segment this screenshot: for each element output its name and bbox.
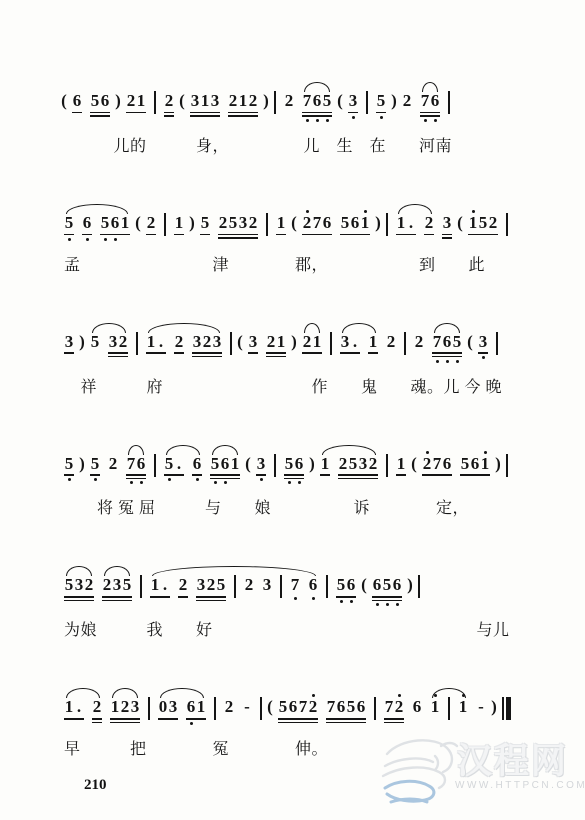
barline [260,697,262,720]
parenthesis: ( [291,206,297,232]
notation-line-6: 1.212303612-(5672765672611-) [64,690,585,727]
duration-underline [90,115,110,117]
note: 2 [402,84,412,110]
barline [274,91,276,114]
slur-group: 1.2323 [146,325,222,358]
duration-underline [64,600,94,602]
slur-group: 765 [432,325,462,365]
duration-underline [228,115,258,117]
duration-underline [82,234,92,236]
duration-underline [368,352,378,354]
slur-arc [160,688,204,698]
note: 56 [336,568,356,605]
note: 152 [468,206,498,235]
octave-dot-below [68,478,71,481]
barline [330,332,332,355]
octave-dot-below [224,481,227,484]
duration-underline [102,596,132,598]
slur-group: 561 [210,447,240,487]
duration-underline [302,352,322,354]
octave-dot-below [312,597,315,600]
final-barline [502,697,511,720]
duration-underline [338,474,378,476]
parenthesis: ( [457,206,463,232]
duration-underline [64,234,74,236]
duration-underline [150,596,170,598]
note: 1 [174,206,184,235]
duration-underline [384,722,404,724]
duration-underline [372,596,402,598]
duration-underline [468,234,498,236]
note: 313 [190,84,220,117]
duration-underline [190,112,220,114]
note: 2 [146,206,156,235]
duration-underline [248,352,258,354]
slur-group: 0361 [158,690,206,727]
duration-underline [384,718,404,720]
note: 276 [302,206,332,235]
duration-underline [64,718,84,720]
duration-underline [326,722,366,724]
duration-underline [64,352,74,354]
slur-arc [104,566,130,576]
wave-swirl-logo-icon [377,732,463,810]
duration-underline [276,234,286,236]
parenthesis: ) [263,84,269,110]
notation-line-4: 5)52765.6561(356)125321(276561) [64,447,585,487]
duration-underline [72,112,82,114]
parenthesis: ) [115,84,121,110]
octave-dot-below [114,238,117,241]
octave-dot-below [86,238,89,241]
lyrics-line-3: 祥 府 作 鬼 魂。儿 今 晚 [64,374,585,397]
duration-underline [100,234,130,236]
note: 5 [90,447,100,484]
slur-arc [66,566,92,576]
barline [136,332,138,355]
note: 7656 [326,690,366,723]
slur-group: 1.23252376 [150,568,318,601]
duration-underline [228,112,258,114]
duration-underline [460,474,490,476]
notation-line-1: (656)212(313212)2765(35)276 [64,84,585,124]
lyrics-line-1: 儿的 身， 儿 生 在 河南 [64,133,585,156]
parenthesis: ( [245,447,251,473]
duration-underline [302,112,332,114]
octave-dot-below [298,481,301,484]
note: 2 [386,325,396,351]
duration-underline [218,237,258,239]
slur-arc [66,688,100,698]
note: 276 [422,447,452,476]
duration-underline [174,234,184,236]
duration-underline [420,112,440,114]
slur-arc [432,688,466,698]
octave-dot-below [130,481,133,484]
parenthesis: ) [491,690,497,716]
slur-group: 765 [302,84,332,124]
note: 3 [348,84,358,121]
lyrics-line-2: 孟 津 郡， 到 此 [64,252,585,275]
octave-dot-below [260,478,263,481]
octave-dot-below [350,600,353,603]
duration-underline [90,112,110,114]
note: 5672 [278,690,318,723]
note: 21 [126,84,146,113]
note: 2532 [218,206,258,239]
octave-dot-below [380,116,383,119]
duration-underline [478,352,488,354]
duration-underline [278,718,318,720]
note: 656 [372,568,402,608]
octave-dot-below [316,119,319,122]
barline [506,454,508,477]
slur-group: 3.1 [340,325,378,354]
barline [280,575,282,598]
slur-group: 56561 [64,206,130,243]
slur-arc [152,566,316,576]
duration-underline [178,596,188,598]
slur-group: 1.2 [64,690,102,723]
duration-underline [432,356,462,358]
slur-arc [112,688,138,698]
parenthesis: ) [291,325,297,351]
duration-underline [420,115,440,117]
parenthesis: ( [179,84,185,110]
slur-group: 235 [102,568,132,601]
duration-underline [196,596,226,598]
duration-underline [302,115,332,117]
duration-underline [256,474,266,476]
duration-underline [210,478,240,480]
note: 6 [72,84,82,113]
duration-underline [126,478,146,480]
duration-underline [210,474,240,476]
octave-dot-below [94,478,97,481]
duration-underline [146,234,156,236]
parenthesis: ) [79,447,85,473]
duration-underline [284,478,304,480]
barline [274,454,276,477]
octave-dot-below [214,481,217,484]
slur-group: 5.6 [164,447,202,484]
notation-line-3: 3)5321.2323(321)213.122765(3 [64,325,585,365]
slur-group: 12532 [320,447,378,480]
barline [214,697,216,720]
duration-underline [348,112,358,114]
note: 56 [284,447,304,487]
duration-underline [110,722,140,724]
page-number: 210 [84,777,107,794]
duration-underline [108,352,128,354]
barline [266,213,268,236]
duration-underline [64,474,74,476]
duration-underline [442,237,452,239]
note: 3 [256,447,266,484]
note: 72 [384,690,404,723]
octave-dot-below [352,116,355,119]
barline [326,575,328,598]
duration-underline [396,234,416,236]
lyrics-line-5: 为娘 我 好 与儿 [64,617,585,640]
note: 21 [266,325,286,358]
duration-underline [196,600,226,602]
barline [506,213,508,236]
parenthesis: ( [337,84,343,110]
slur-group: 532 [90,325,128,358]
duration-underline [110,718,140,720]
octave-dot-below [376,603,379,606]
note: 5 [376,84,386,121]
slur-group: 76 [126,447,146,487]
duration-underline [340,352,360,354]
note: - [242,690,252,716]
barline [374,697,376,720]
duration-underline [218,234,258,236]
parenthesis: ( [411,447,417,473]
note: 5 [64,447,74,484]
barline [140,575,142,598]
octave-dot-below [294,597,297,600]
parenthesis: ) [391,84,397,110]
barline [496,332,498,355]
octave-dot-below [340,600,343,603]
duration-underline [146,352,166,354]
note: 3 [248,325,258,354]
parenthesis: ) [495,447,501,473]
octave-dot-below [424,119,427,122]
octave-dot-below [104,238,107,241]
barline [234,575,236,598]
duration-underline [92,718,102,720]
system-4: 5)52765.6561(356)125321(276561) 将 冤 屈 与 … [64,447,585,519]
note: 561 [460,447,490,476]
note: 6 [412,690,422,716]
barline [148,697,150,720]
duration-underline [200,234,210,236]
octave-dot-below [386,603,389,606]
parenthesis: ) [407,568,413,594]
slur-group: 11 [430,690,468,720]
duration-underline [186,718,206,720]
duration-underline [190,115,220,117]
system-1: (656)212(313212)2765(35)276 儿的 身， 儿 生 在 … [64,84,585,156]
duration-underline [424,234,434,236]
note: 5 [200,206,210,235]
notation-line-2: 56561(21)525321(276561)1.23(152 [64,206,585,243]
parenthesis: ( [135,206,141,232]
barline [448,697,450,720]
score-systems: (656)212(313212)2765(35)276 儿的 身， 儿 生 在 … [0,84,585,809]
duration-underline [266,356,286,358]
octave-dot-below [482,356,485,359]
octave-dot-below [190,722,193,725]
note: - [476,690,486,716]
system-3: 3)5321.2323(321)213.122765(3 祥 府 作 鬼 魂。儿… [64,325,585,397]
note: 3 [442,206,452,239]
note: 56 [90,84,110,117]
barline [404,332,406,355]
duration-underline [164,112,174,114]
note: 2 [284,84,294,110]
barline [366,91,368,114]
duration-underline [326,718,366,720]
parenthesis: ( [237,325,243,351]
parenthesis: ) [375,206,381,232]
duration-underline [432,352,462,354]
note: 2 [108,447,118,473]
note: 2 [414,325,424,351]
slur-group: 532 [64,568,94,601]
duration-underline [372,600,402,602]
note: 561 [340,206,370,235]
notation-line-5: 5322351.2325237656(656) [64,568,585,608]
slur-group: 76 [420,84,440,124]
system-5: 5322351.2325237656(656) 为娘 我 好 与儿 [64,568,585,640]
note: 2 [164,84,174,117]
octave-dot-below [306,119,309,122]
octave-dot-below [140,481,143,484]
barline [154,91,156,114]
note: 1 [396,447,406,476]
duration-underline [422,474,452,476]
barline [154,454,156,477]
octave-dot-below [456,360,459,363]
slur-group: 123 [110,690,140,723]
note: 3 [478,325,488,362]
system-2: 56561(21)525321(276561)1.23(152 孟 津 郡， 到… [64,206,585,275]
barline [386,213,388,236]
duration-underline [126,112,146,114]
slur-group: 1.2 [396,206,434,235]
duration-underline [126,474,146,476]
lyrics-line-4: 将 冤 屈 与 娘 诉 定， [64,495,585,518]
duration-underline [92,722,102,724]
duration-underline [90,474,100,476]
duration-underline [164,474,184,476]
duration-underline [174,352,184,354]
duration-underline [396,474,406,476]
parenthesis: ( [467,325,473,351]
duration-underline [442,234,452,236]
duration-underline [192,356,222,358]
duration-underline [340,234,370,236]
octave-dot-below [434,119,437,122]
barline [164,213,166,236]
barline [386,454,388,477]
parenthesis: ) [189,206,195,232]
parenthesis: ( [361,568,367,594]
duration-underline [192,352,222,354]
duration-underline [278,722,318,724]
parenthesis: ) [79,325,85,351]
octave-dot-below [396,603,399,606]
sheet-music-page: (656)212(313212)2765(35)276 儿的 身， 儿 生 在 … [0,0,585,820]
duration-underline [164,115,174,117]
duration-underline [376,112,386,114]
octave-dot-below [446,360,449,363]
duration-underline [336,596,356,598]
parenthesis: ) [309,447,315,473]
duration-underline [158,718,178,720]
barline [418,575,420,598]
barline [230,332,232,355]
octave-dot-below [196,478,199,481]
parenthesis: ( [61,84,67,110]
note: 2 [224,690,234,716]
note: 1 [276,206,286,235]
duration-underline [102,600,132,602]
octave-dot-below [68,238,71,241]
watermark-site-name: 汉程网 [457,734,568,784]
octave-dot-below [326,119,329,122]
watermark: 汉程网 WWW.HTTPCN.COM [379,728,579,812]
note: 3 [64,325,74,354]
duration-underline [192,474,202,476]
duration-underline [266,352,286,354]
parenthesis: ( [267,690,273,716]
duration-underline [338,478,378,480]
barline [448,91,450,114]
duration-underline [302,234,332,236]
note: 212 [228,84,258,117]
duration-underline [108,356,128,358]
octave-dot-below [288,481,291,484]
duration-underline [320,474,330,476]
octave-dot-below [436,360,439,363]
duration-underline [284,474,304,476]
watermark-site-url: WWW.HTTPCN.COM [455,780,585,791]
octave-dot-below [168,478,171,481]
slur-group: 21 [302,325,322,354]
duration-underline [64,596,94,598]
